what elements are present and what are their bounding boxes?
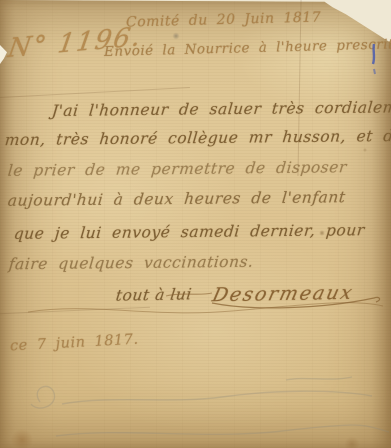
letter-body-line: que je lui envoyé samedi dernier, pour <box>13 221 366 243</box>
signature: Desormeaux <box>210 282 356 306</box>
valediction: tout à lui <box>115 285 193 304</box>
letter-body-line: aujourd'hui à deux heures de l'enfant <box>7 188 346 210</box>
letter-body-line: le prier de me permettre de disposer <box>7 158 348 180</box>
letter-scan: Comité du 20 Juin 1817 N° 1196. Envoié l… <box>0 0 391 448</box>
letter-body-line: faire quelques vaccinations. <box>8 253 254 274</box>
letter-body-line: J'ai l'honneur de saluer très cordialeme… <box>51 98 391 120</box>
